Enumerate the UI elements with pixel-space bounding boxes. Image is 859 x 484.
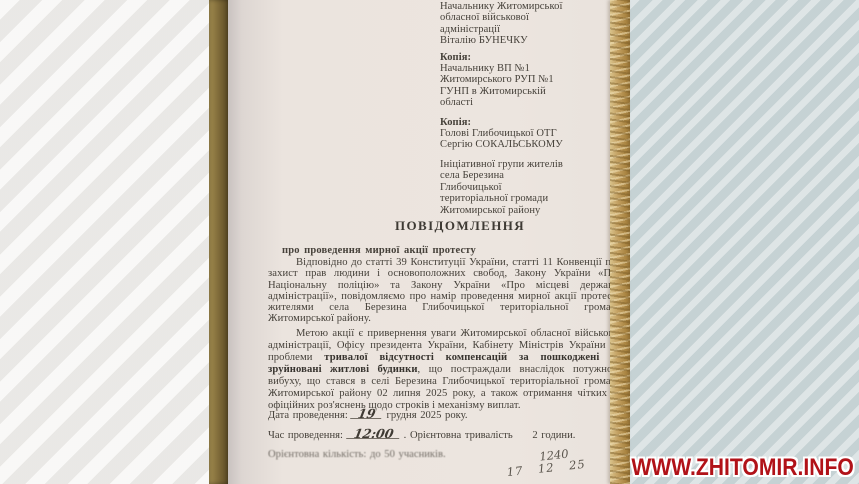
recipient-line: адміністрації [440, 24, 624, 35]
paragraph-purpose: Метою акції є привернення уваги Житомирс… [268, 328, 622, 413]
recipient-line: Сергію СОКАЛЬСЬКОМУ [440, 139, 624, 150]
copy-label: Копія: [440, 52, 624, 63]
recipient-block-main: Начальнику Житомирської обласної військо… [440, 1, 624, 47]
background-left-wall [0, 0, 211, 484]
recipient-line: Віталію БУНЕЧКУ [440, 35, 624, 46]
recipient-block-copy-1: Копія: Начальнику ВП №1 Житомирського РУ… [440, 52, 624, 109]
date-field: Дата проведення: 19 грудня 2025 року. [268, 409, 468, 421]
recipient-line: ГУНП в Житомирській [440, 86, 624, 97]
recipient-block-sender: Ініціативної групи жителів села Березина… [440, 159, 624, 216]
time-field: Час проведення: 12:00 . Орієнтовна трива… [268, 429, 575, 441]
document-subtitle: про проведення мирної акції протесту [282, 245, 476, 256]
recipient-line: Ініціативної групи жителів [440, 159, 624, 170]
recipient-line: села Березина [440, 170, 624, 181]
door-frame-left [209, 0, 228, 484]
recipient-line: Глибочицької [440, 182, 624, 193]
document-paper: Начальнику Житомирської обласної військо… [228, 0, 630, 484]
date-label: Дата проведення: [268, 410, 348, 421]
time-suffix: . Орієнтовна тривалість [404, 430, 513, 441]
handwritten-date-value: 19 [351, 409, 384, 419]
recipient-line: територіальної громади [440, 193, 624, 204]
recipient-blocks: Начальнику Житомирської обласної військо… [440, 1, 624, 221]
recipient-line: Житомирської району [440, 205, 624, 216]
handwritten-note: 1240 17 12 25 [505, 446, 586, 478]
time-duration: 2 години. [532, 430, 575, 441]
door-frame-right [610, 0, 630, 484]
site-watermark: WWW.ZHITOMIR.INFO [631, 454, 854, 482]
document-title: ПОВІДОМЛЕННЯ [395, 218, 525, 234]
document-text-layer: Начальнику Житомирської обласної військо… [228, 0, 630, 484]
date-suffix: грудня 2025 року. [387, 410, 468, 421]
document-body: Відповідно до статті 39 Конституції Укра… [268, 257, 622, 412]
recipient-line: Начальнику Житомирської [440, 1, 624, 12]
participants-count-line: Орієнтовна кількість: до 50 учасників. [268, 449, 446, 460]
recipient-line: обласної військової [440, 12, 624, 23]
handwritten-time-value: 12:00 [346, 429, 401, 439]
photo-of-document: Начальнику Житомирської обласної військо… [0, 0, 859, 484]
recipient-block-copy-2: Копія: Голові Глибочицької ОТГ Сергію СО… [440, 117, 624, 151]
recipient-line: Житомирського РУП №1 [440, 74, 624, 85]
paragraph-legal-basis: Відповідно до статті 39 Конституції Укра… [268, 257, 622, 325]
copy-label: Копія: [440, 117, 624, 128]
recipient-line: Начальнику ВП №1 [440, 63, 624, 74]
background-right-door [630, 0, 859, 484]
recipient-line: Голові Глибочицької ОТГ [440, 128, 624, 139]
time-label: Час проведення: [268, 430, 343, 441]
recipient-line: області [440, 97, 624, 108]
